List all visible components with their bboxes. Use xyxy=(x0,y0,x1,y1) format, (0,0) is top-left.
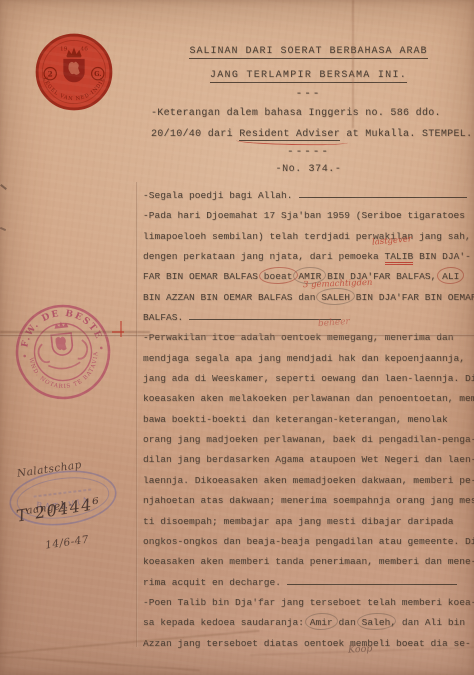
body-line: limapoeloeh sembilan) telah terdjadi per… xyxy=(143,227,474,247)
marked-word-circle-pencil: Saleh xyxy=(362,617,391,628)
reference-line2: 20/10/40 dari Resident Adviser at Mukall… xyxy=(143,129,474,140)
body-text: BIN DJA'FAR BIN OEMAR xyxy=(350,292,474,303)
seal-denom-right: G. xyxy=(94,71,101,78)
annotation-koop: Koop xyxy=(348,643,373,655)
document-page: 19 46 2 G. ZEGEL VAN NED-INDIE SALINAN D… xyxy=(0,0,474,675)
body-line: BALFAS. xyxy=(143,308,474,328)
body-text: -Perwakilan itoe adalah oentoek memegang… xyxy=(143,332,454,343)
document-number: -No. 374.- xyxy=(143,164,474,175)
divider-dashes-1: --- xyxy=(143,88,474,100)
edge-mark-2 xyxy=(0,227,6,231)
body-line: -Pada hari Djoemahat 17 Sja'ban 1959 (Se… xyxy=(143,206,474,226)
body-line: -Perwakilan itoe adalah oentoek memegang… xyxy=(143,328,474,348)
body-text: dilan jang berdasarken Agama ataupoen We… xyxy=(143,454,474,465)
ref2-post: at Mukalla. STEMPEL. xyxy=(340,129,472,140)
body-line: orang jang madjoeken perlawanan, baek di… xyxy=(143,430,474,450)
body-line: bawa boekti-boekti dan keterangan-ketera… xyxy=(143,410,474,430)
body-text: bawa boekti-boekti dan keterangan-ketera… xyxy=(143,414,448,425)
red-pencil-mark-horizontal xyxy=(112,331,124,333)
body-text: -Segala poedji bagi Allah. xyxy=(143,190,293,201)
body-line: koeasaken aken memberi tanda penerimaan,… xyxy=(143,552,474,572)
seal-crown-base xyxy=(67,55,82,58)
notary-star-left xyxy=(23,355,26,358)
body-line: mendjaga segala apa jang mendjadi hak da… xyxy=(143,349,474,369)
body-text: BALFAS. xyxy=(143,312,183,323)
notary-stamp: F.W. DE BESTE WND. NOTARIS TE BATAVIA xyxy=(8,297,118,407)
body-text: ti disoempah; membajar apa jang mesti di… xyxy=(143,516,454,527)
body-text: njahoetan atas dakwaan; menerima soempah… xyxy=(143,495,474,506)
edge-mark-1 xyxy=(0,184,7,190)
marked-word-circle-pencil: SALEH xyxy=(321,292,350,303)
doc-title-line2-text: JANG TERLAMPIR BERSAMA INI. xyxy=(210,70,407,83)
bottom-crease-2 xyxy=(0,655,200,672)
typed-fill-rule xyxy=(299,187,467,198)
body-line: BIN AZZAN BIN OEMAR BALFAS dan SALEH BIN… xyxy=(143,288,474,308)
doc-title-line1: SALINAN DARI SOERAT BERBAHASA ARAB xyxy=(143,46,474,57)
body-line: jang ada di Weeskamer, seperti oewang da… xyxy=(143,369,474,389)
body-text: dengen perkataan jang njata, dari pemoek… xyxy=(143,251,385,262)
body-text: jang ada di Weeskamer, seperti oewang da… xyxy=(143,373,474,384)
seal-year-left: 19 xyxy=(60,47,68,53)
body-text: orang jang madjoeken perlawanan, baek di… xyxy=(143,434,474,445)
body-text: rima acquit en decharge. xyxy=(143,577,281,588)
body-line: njahoetan atas dakwaan; menerima soempah… xyxy=(143,491,474,511)
vertical-fold-crease-left-of-text xyxy=(136,182,138,647)
body-line: rima acquit en decharge. xyxy=(143,573,474,593)
body-line: koeasaken aken melakoeken perlawanan dan… xyxy=(143,389,474,409)
body-text: koeasaken aken melakoeken perlawanan dan… xyxy=(143,393,474,404)
typed-fill-rule xyxy=(287,574,457,585)
body-line: sa kepada kedoea saudaranja: Amir dan Sa… xyxy=(143,613,474,633)
notary-star-right xyxy=(100,347,103,350)
ref2-pre: 20/10/40 dari xyxy=(151,129,239,140)
margin-note-line3: 14/6-47 xyxy=(27,533,93,554)
typed-body: -Segala poedji bagi Allah.-Pada hari Djo… xyxy=(143,186,474,654)
body-line: ti disoempah; membajar apa jang mesti di… xyxy=(143,512,474,532)
body-text: mendjaga segala apa jang mendjadi hak da… xyxy=(143,353,465,364)
margin-note-line1: Nalatschap xyxy=(16,459,82,480)
notary-supporter-left xyxy=(38,344,50,363)
body-line: ongkos-ongkos dan beaja-beaja pengadilan… xyxy=(143,532,474,552)
body-text: BIN AZZAN BIN OEMAR BALFAS dan xyxy=(143,292,321,303)
body-text: Azzan jang terseboet diatas oentoek memb… xyxy=(143,638,471,649)
revenue-seal: 19 46 2 G. ZEGEL VAN NED-INDIE xyxy=(33,31,115,113)
doc-title-line1-text: SALINAN DARI SOERAT BERBAHASA ARAB xyxy=(189,46,427,59)
body-line: laennja. Dikoeasaken aken memadjoeken da… xyxy=(143,471,474,491)
notary-supporter-right xyxy=(76,339,88,358)
body-line: -Poen Talib bin Dja'far jang terseboet t… xyxy=(143,593,474,613)
marked-word-circle-red: ALI xyxy=(442,271,459,282)
marked-word-reddbl: TALIB xyxy=(385,251,414,265)
reference-line1: -Keterangan dalem bahasa Inggeris no. 58… xyxy=(143,108,474,119)
divider-dashes-2: ----- xyxy=(143,146,474,158)
red-pencil-mark-vertical xyxy=(120,321,122,337)
body-text: BIN DJA'- xyxy=(413,251,471,262)
body-line: -Segala poedji bagi Allah. xyxy=(143,186,474,206)
body-line: dengen perkataan jang njata, dari pemoek… xyxy=(143,247,474,267)
notary-inner-ring xyxy=(32,321,95,384)
body-text: sa kepada kedoea saudaranja: xyxy=(143,617,310,628)
doc-title-line2: JANG TERLAMPIR BERSAMA INI. xyxy=(143,70,474,81)
body-text: ongkos-ongkos dan beaja-beaja pengadilan… xyxy=(143,536,474,547)
body-line: Azzan jang terseboet diatas oentoek memb… xyxy=(143,634,474,654)
body-text: laennja. Dikoeasaken aken memadjoeken da… xyxy=(143,475,474,486)
body-text: limapoeloeh sembilan) telah terdjadi per… xyxy=(143,231,471,242)
body-text: -Poen Talib bin Dja'far jang terseboet t… xyxy=(143,597,474,608)
seal-year-right: 46 xyxy=(81,47,89,53)
notary-lion-icon xyxy=(55,336,67,351)
notary-ribbon xyxy=(48,362,80,370)
marked-word-circle-red: boeat xyxy=(264,271,293,282)
ref2-underlined-resident-adviser: Resident Adviser xyxy=(239,129,340,141)
body-line: dilan jang berdasarken Agama ataupoen We… xyxy=(143,450,474,470)
seal-denom-left: 2 xyxy=(48,70,53,79)
body-text: FAR BIN OEMAR BALFAS xyxy=(143,271,264,282)
body-text: , dan Ali bin xyxy=(390,617,465,628)
body-text: koeasaken aken memberi tanda penerimaan,… xyxy=(143,556,474,567)
marked-word-circle-pencil: Amir xyxy=(310,617,333,628)
notary-crown-icon xyxy=(54,321,69,329)
body-text: -Pada hari Djoemahat 17 Sja'ban 1959 (Se… xyxy=(143,210,465,221)
